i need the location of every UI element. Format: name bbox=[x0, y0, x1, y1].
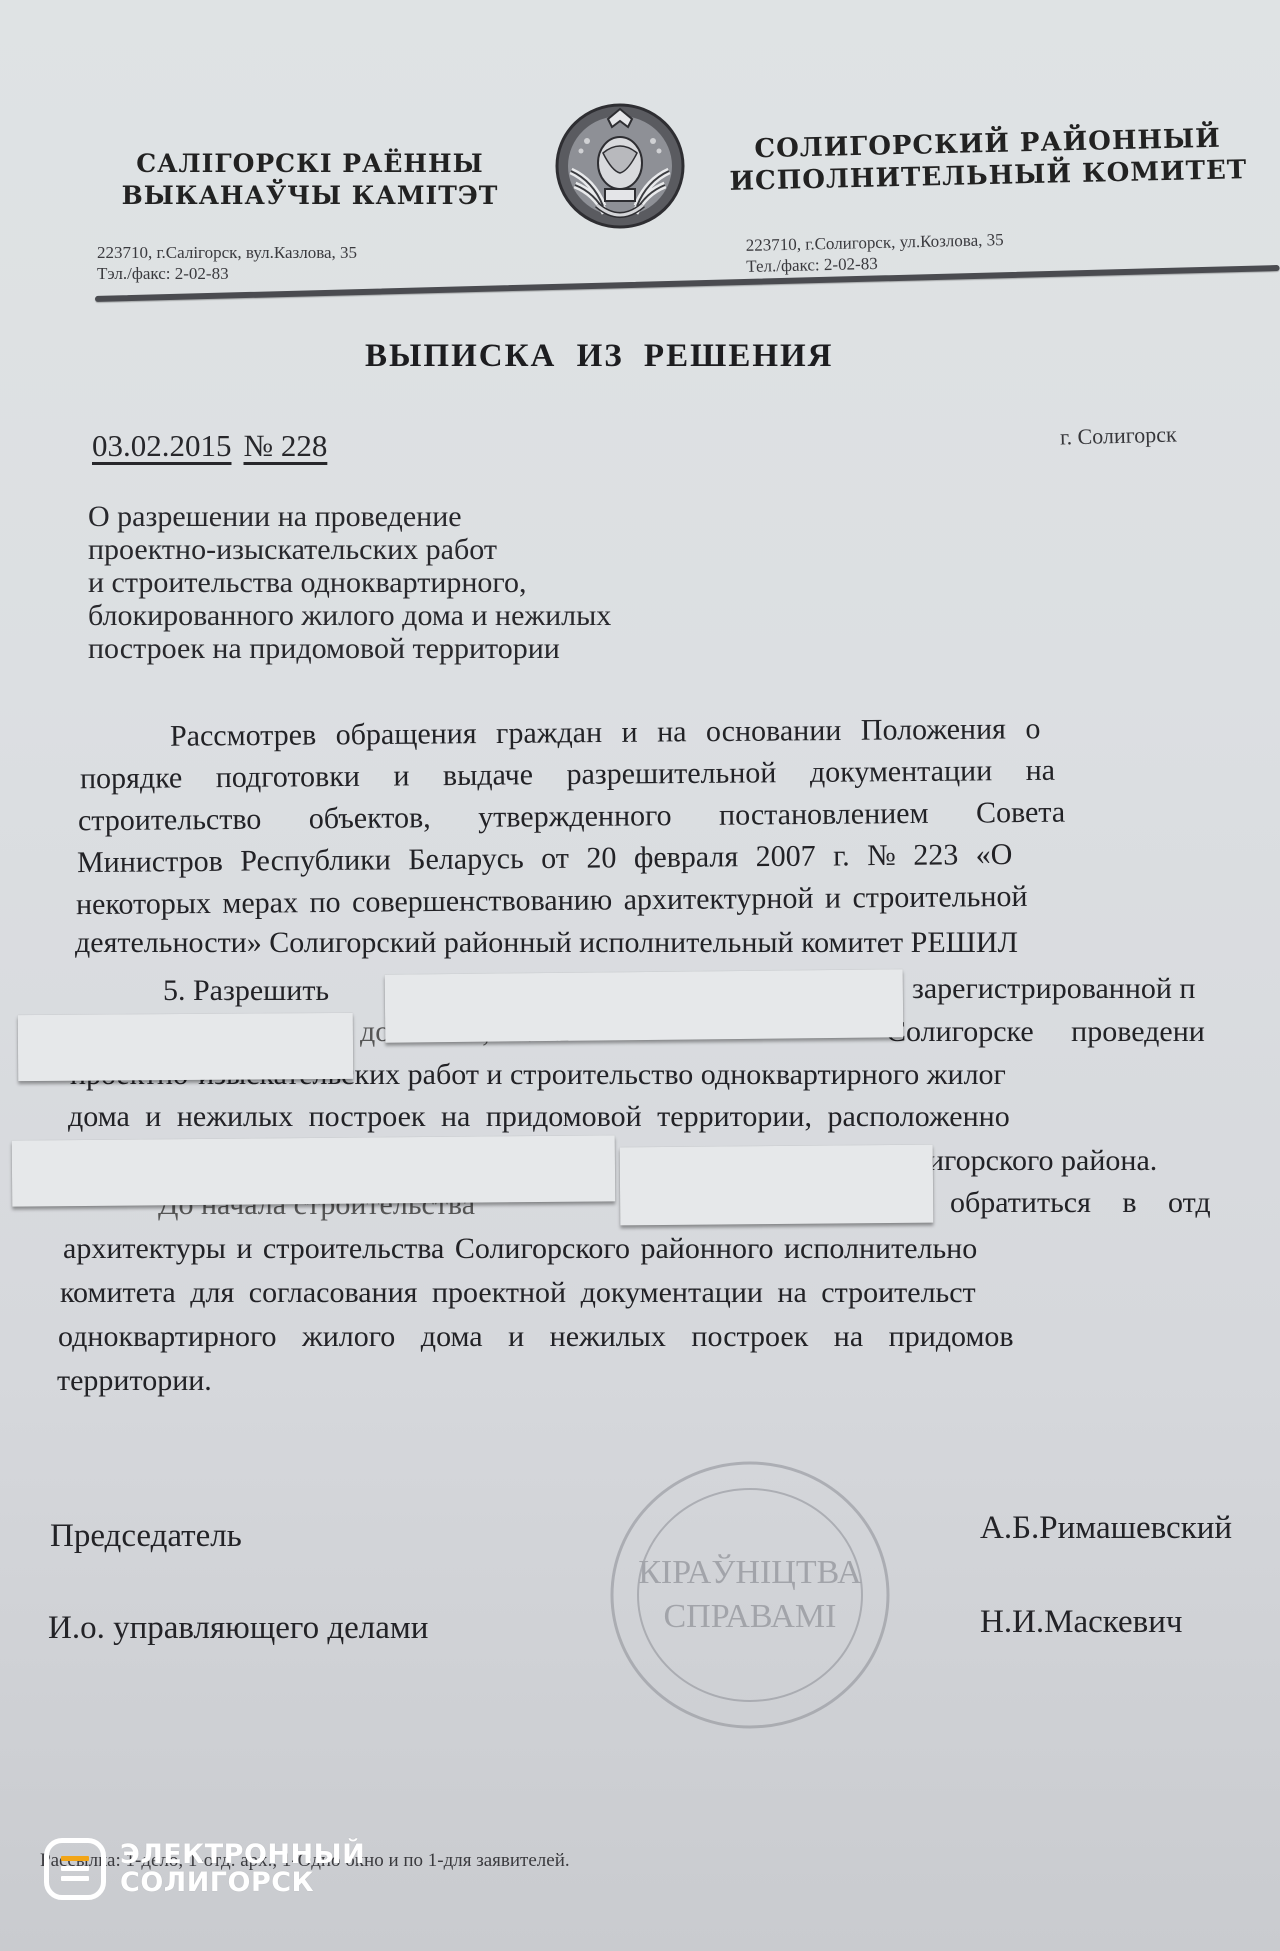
item-line: архитектуры и строительства Солигорского… bbox=[63, 1232, 977, 1266]
subject-line: и строительства одноквартирного, bbox=[88, 566, 611, 599]
subject-line: блокированного жилого дома и нежилых bbox=[88, 599, 611, 632]
preamble-line: Министров Республики Беларусь от 20 февр… bbox=[77, 838, 1013, 880]
item-line: комитета для согласования проектной доку… bbox=[60, 1276, 976, 1310]
date-number-line: 03.02.2015№ 228 bbox=[92, 428, 327, 464]
signature-role: И.о. управляющего делами bbox=[48, 1610, 428, 1647]
redaction-strip bbox=[18, 1013, 353, 1081]
item-line: дома и нежилых построек на придомовой те… bbox=[68, 1100, 1010, 1134]
preamble-line: строительство объектов, утвержденного по… bbox=[78, 796, 1065, 839]
redaction-strip bbox=[385, 969, 904, 1042]
watermark-text: ЭЛЕКТРОННЫЙ СОЛИГОРСК bbox=[120, 1841, 365, 1897]
item-line: игорского района. bbox=[928, 1144, 1157, 1178]
preamble-line: Рассмотрев обращения граждан и на основа… bbox=[170, 712, 1041, 754]
item-line: обратиться в отд bbox=[950, 1186, 1211, 1220]
electronic-soligorsk-logo-icon bbox=[44, 1838, 106, 1900]
official-stamp-icon: КІРАЎНІЦТВА СПРАВАМІ bbox=[605, 1455, 895, 1735]
item-lead: 5. Разрешить bbox=[163, 974, 329, 1008]
address-line: 223710, г.Салігорск, вул.Казлова, 35 bbox=[97, 242, 357, 263]
document-subject: О разрешении на проведение проектно-изыс… bbox=[88, 500, 611, 665]
subject-line: построек на придомовой территории bbox=[88, 632, 611, 665]
signature-role: Председатель bbox=[50, 1518, 242, 1555]
signature-name: А.Б.Римашевский bbox=[980, 1510, 1232, 1547]
watermark-line: ЭЛЕКТРОННЫЙ bbox=[120, 1841, 365, 1869]
document-city: г. Солигорск bbox=[1060, 421, 1177, 450]
svg-text:СПРАВАМІ: СПРАВАМІ bbox=[664, 1598, 837, 1635]
site-watermark: ЭЛЕКТРОННЫЙ СОЛИГОРСК bbox=[44, 1838, 365, 1900]
org-name-line: САЛІГОРСКІ РАЁННЫ bbox=[120, 148, 500, 180]
subject-line: проектно-изыскательских работ bbox=[88, 533, 611, 566]
org-name-line: ВЫКАНАЎЧЫ КАМІТЭТ bbox=[120, 180, 500, 212]
document-number: № 228 bbox=[244, 428, 328, 463]
org-name-russian: СОЛИГОРСКИЙ РАЙОННЫЙ ИСПОЛНИТЕЛЬНЫЙ КОМИ… bbox=[727, 122, 1248, 198]
item-line: зарегистрированной п bbox=[912, 972, 1196, 1006]
document-page: САЛІГОРСКІ РАЁННЫ ВЫКАНАЎЧЫ КАМІТЭТ 2237… bbox=[0, 0, 1280, 1951]
subject-line: О разрешении на проведение bbox=[88, 500, 611, 533]
document-title: ВЫПИСКА ИЗ РЕШЕНИЯ bbox=[365, 338, 834, 375]
watermark-line: СОЛИГОРСК bbox=[120, 1869, 365, 1897]
document-date: 03.02.2015 bbox=[92, 428, 232, 463]
item-line: Солигорске проведени bbox=[886, 1015, 1205, 1049]
preamble-line: деятельности» Солигорский районный испол… bbox=[75, 926, 1018, 960]
preamble-line: некоторых мерах по совершенствованию арх… bbox=[76, 880, 1028, 922]
address-belarusian: 223710, г.Салігорск, вул.Казлова, 35 Тэл… bbox=[97, 242, 357, 284]
item-line: территории. bbox=[57, 1364, 212, 1398]
signature-name: Н.И.Маскевич bbox=[980, 1604, 1183, 1641]
redaction-strip bbox=[12, 1135, 616, 1206]
org-name-belarusian: САЛІГОРСКІ РАЁННЫ ВЫКАНАЎЧЫ КАМІТЭТ bbox=[120, 148, 500, 212]
item-line: одноквартирного жилого дома и нежилых по… bbox=[58, 1320, 1014, 1354]
preamble-line: порядке подготовки и выдаче разрешительн… bbox=[80, 754, 1055, 797]
belarus-coat-of-arms-icon bbox=[553, 101, 687, 231]
redaction-strip bbox=[620, 1145, 934, 1226]
address-russian: 223710, г.Солигорск, ул.Козлова, 35 Тел.… bbox=[746, 229, 1005, 277]
svg-text:КІРАЎНІЦТВА: КІРАЎНІЦТВА bbox=[638, 1554, 862, 1591]
phone-line: Тэл./факс: 2-02-83 bbox=[97, 263, 357, 284]
